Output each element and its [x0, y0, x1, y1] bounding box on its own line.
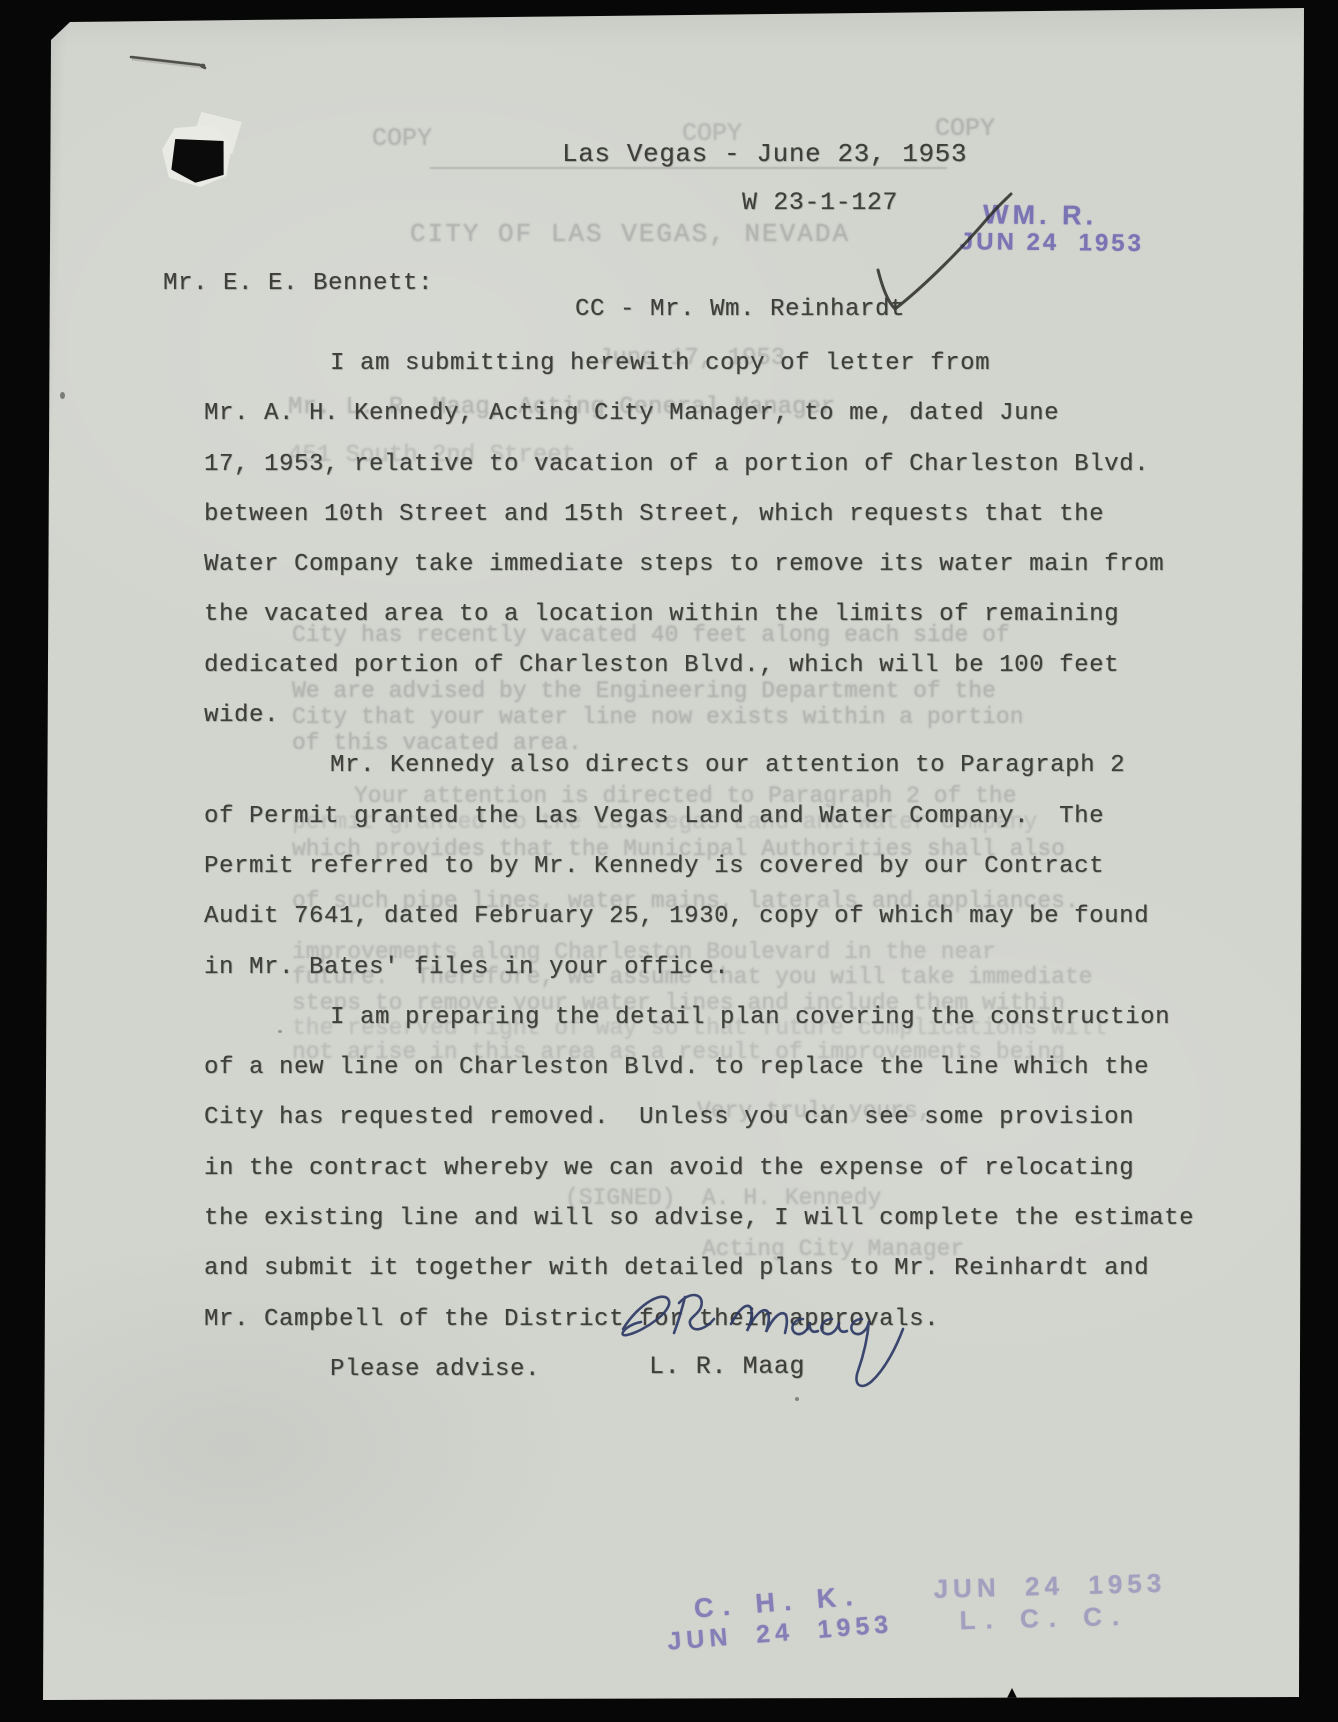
signature-typed-name: L. R. Maag [649, 1352, 805, 1381]
staple-mark [42, 8, 302, 128]
body-line: wide. [204, 691, 1214, 741]
handwritten-signature [595, 1275, 915, 1415]
body-line: Mr. Kennedy also directs our attention t… [204, 741, 1214, 791]
body-line: 17, 1953, relative to vacation of a port… [204, 440, 1214, 490]
body-line: Water Company take immediate steps to re… [204, 540, 1214, 590]
letter-page: COPYCOPYCOPYCITY OF LAS VEGAS, NEVADAJun… [42, 8, 1304, 1700]
recipient-line: Mr. E. E. Bennett: [163, 270, 433, 297]
lcc-stamp-initials: L. C. C. [934, 1599, 1155, 1637]
body-line: I am preparing the detail plan covering … [204, 993, 1214, 1043]
body-line: I am submitting herewith copy of letter … [204, 339, 1214, 389]
paper-speck [60, 392, 65, 399]
paper-speck [795, 1397, 799, 1401]
paper-speck [278, 1030, 282, 1033]
body-line: Audit 7641, dated February 25, 1930, cop… [204, 892, 1214, 942]
cc-line: CC - Mr. Wm. Reinhardt [575, 296, 905, 323]
body-line: between 10th Street and 15th Street, whi… [204, 490, 1214, 540]
bottom-edge-notch [1005, 1688, 1019, 1702]
scanned-letter-screenshot: { "scan": { "paper_color": "#d2d4ce", "b… [0, 0, 1338, 1722]
body-line: City has requested removed. Unless you c… [204, 1093, 1214, 1143]
body-line: Mr. A. H. Kennedy, Acting City Manager, … [204, 389, 1214, 439]
body-line: of Permit granted the Las Vegas Land and… [204, 792, 1214, 842]
body-line: the existing line and will so advise, I … [204, 1194, 1214, 1244]
body-line: Permit referred to by Mr. Kennedy is cov… [204, 842, 1214, 892]
letter-body: I am submitting herewith copy of letter … [204, 339, 1214, 1395]
lcc-date-stamp: JUN 24 1953 L. C. C. [933, 1567, 1155, 1637]
body-line: dedicated portion of Charleston Blvd., w… [204, 641, 1214, 691]
body-line: the vacated area to a location within th… [204, 590, 1214, 640]
body-line: in the contract whereby we can avoid the… [204, 1144, 1214, 1194]
body-line: of a new line on Charleston Blvd. to rep… [204, 1043, 1214, 1093]
body-line: in Mr. Bates' files in your office. [204, 943, 1214, 993]
